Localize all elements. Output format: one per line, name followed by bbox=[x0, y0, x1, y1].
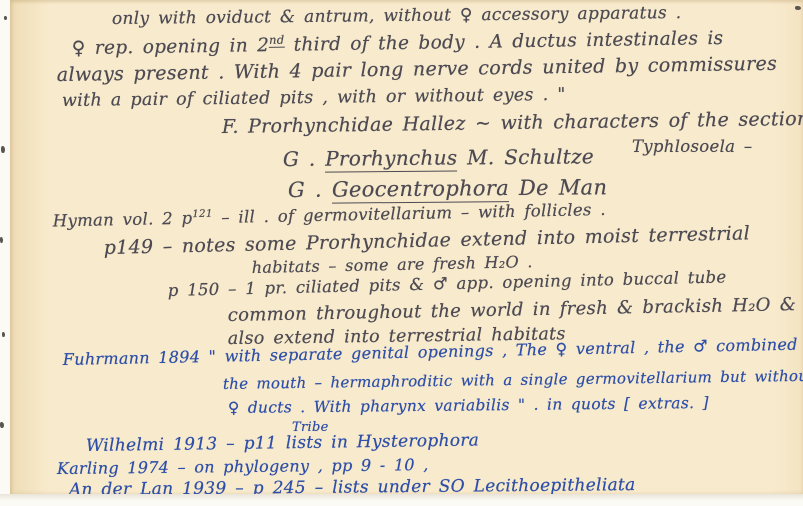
genus-line-geocentrophora: G . Geocentrophora De Man bbox=[288, 177, 608, 201]
scan-speck bbox=[0, 237, 3, 243]
page149-note: p149 – notes some Prorhynchidae extend i… bbox=[104, 224, 751, 258]
reference-end: – ill . of germovitellarium – with folli… bbox=[213, 200, 606, 227]
wilhelmi-reference: Wilhelmi 1913 – p11 lists in Hysterophor… bbox=[86, 433, 480, 455]
hyman-reference-line: Hyman vol. 2 p121 – ill . of germovitell… bbox=[53, 201, 606, 230]
index-card: only with oviduct & antrum, without ♀ ac… bbox=[10, 0, 803, 494]
note-line-2-start: ♀ rep. opening in 2 bbox=[72, 35, 270, 59]
scan-speck bbox=[0, 422, 4, 428]
note-line-1: only with oviduct & antrum, without ♀ ac… bbox=[112, 5, 682, 28]
page-superscript: 121 bbox=[192, 209, 213, 220]
genus-name-underlined: Geocentrophora bbox=[332, 176, 509, 204]
note-line-4: with a pair of ciliated pits , with or w… bbox=[62, 87, 566, 111]
scan-speck bbox=[1, 146, 5, 153]
genus-abbrev: G . bbox=[283, 147, 316, 171]
section-name: Typhlosoela – bbox=[632, 139, 752, 156]
genus-author: De Man bbox=[509, 175, 607, 200]
ordinal-superscript: nd bbox=[269, 33, 285, 48]
scan-speck bbox=[2, 332, 5, 337]
scanner-edge-left bbox=[0, 0, 10, 506]
genus-author: M. Schultze bbox=[457, 144, 594, 169]
scan-speck bbox=[795, 6, 801, 10]
family-heading: F. Prorhynchidae Hallez ~ with character… bbox=[222, 110, 803, 137]
fuhrmann-quote-end: ♀ ducts . With pharynx variabilis " . in… bbox=[228, 396, 709, 417]
genus-name-underlined: Prorhynchus bbox=[325, 145, 457, 172]
genus-abbrev: G . bbox=[288, 178, 322, 202]
scanner-edge-bottom bbox=[0, 494, 803, 506]
note-line-2-end: third of the body . A ductus intestinale… bbox=[284, 28, 723, 56]
karling-reference: Karling 1974 – on phylogeny , pp 9 - 10 … bbox=[57, 457, 429, 477]
genus-line-prorhynchus: G . Prorhynchus M. Schultze bbox=[283, 146, 594, 169]
scan-speck bbox=[4, 16, 7, 20]
page150-note-cont: common throughout the world in fresh & b… bbox=[228, 296, 797, 325]
fuhrmann-quote-cont: the mouth – hermaphroditic with a single… bbox=[223, 369, 803, 392]
note-line-2: ♀ rep. opening in 2nd third of the body … bbox=[72, 28, 724, 59]
note-line-3: always present . With 4 pair long nerve … bbox=[57, 55, 778, 85]
reference-start: Hyman vol. 2 p bbox=[53, 209, 193, 231]
